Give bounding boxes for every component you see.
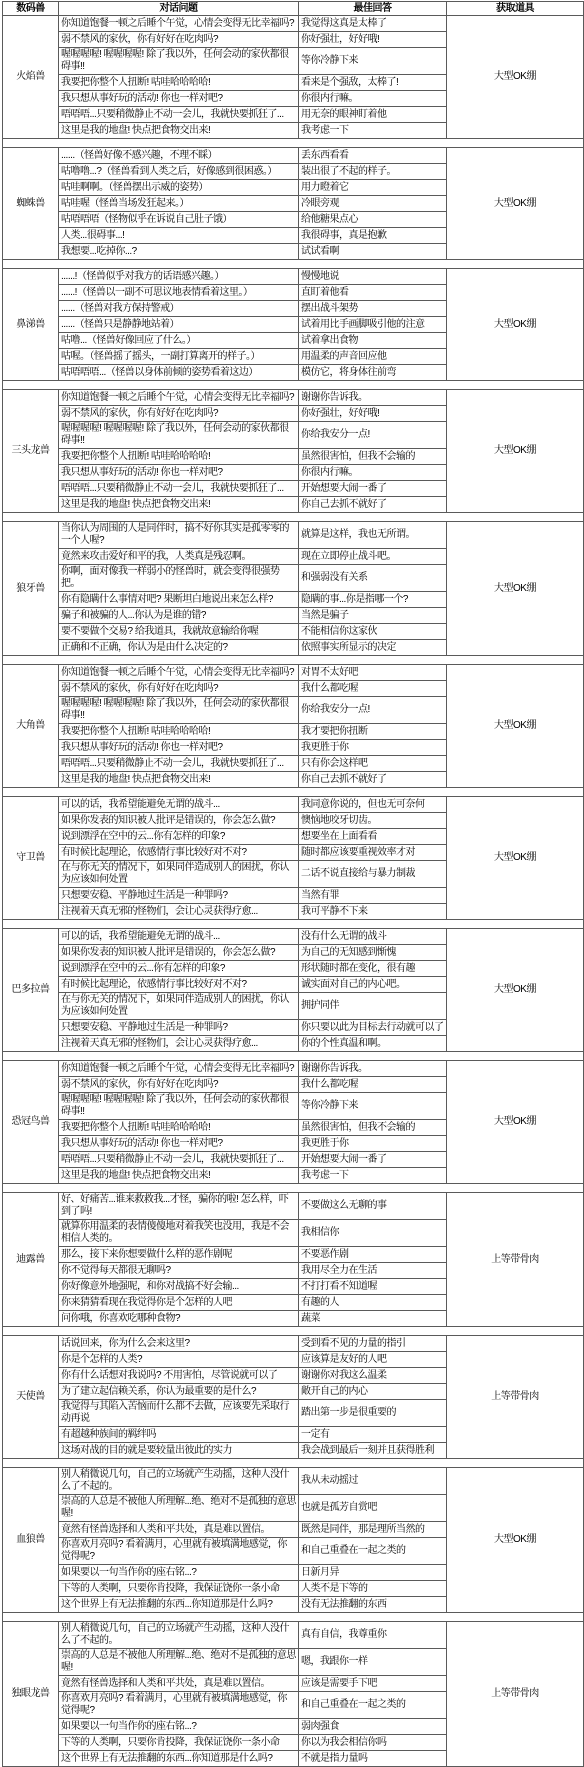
answer-cell: 冷眼旁观 [299,196,447,212]
question-cell: 我要把你整个人扭断! 咕哇哈哈哈哈! [59,1120,299,1136]
answer-cell: 慢慢地说 [299,269,447,285]
item-cell: 大型OK绷 [447,665,584,788]
answer-cell: 直盯着他看 [299,285,447,301]
question-cell: 可以的话，我希望能避免无谓的战斗... [59,797,299,813]
item-cell: 上等带骨肉 [447,1622,584,1767]
item-cell: 大型OK绷 [447,797,584,920]
section-separator [3,381,584,390]
column-header-digimon: 数码兽 [3,2,59,16]
answer-cell: 想要坐在上面看看 [299,829,447,845]
question-cell: 有时候比起理论，依感情行事比较好对不对? [59,977,299,993]
answer-cell: 我用尽全力在生活 [299,1263,447,1279]
question-cell: 喔喔喔喔! 喔喔喔喔! 除了我以外，任何会动的家伙都很碍事!! [59,1093,299,1120]
item-cell: 大型OK绷 [447,929,584,1052]
answer-cell: 你只要以此为目标去行动就可以了 [299,1020,447,1036]
question-cell: 要不要做个交易? 给我道具，我就故意输给你喔 [59,624,299,640]
answer-cell: 懊恼地咬牙切齿。 [299,813,447,829]
dialogue-row: 守卫兽可以的话，我希望能避免无谓的战斗...我同意你说的，但也无可奈何大型OK绷 [3,797,584,813]
digimon-name-cell: 火焰兽 [3,16,59,139]
answer-cell: 我考虑一下 [299,123,447,139]
answer-cell: 我很碍事，真是抱歉 [299,228,447,244]
question-cell: ......!（怪兽似乎对我方的话语感兴趣。） [59,269,299,285]
question-cell: 在与你无关的情况下，如果同伴造成别人的困扰，你认为应该如何处置 [59,993,299,1020]
answer-cell: 二话不说直接给与暴力制裁 [299,861,447,888]
section-separator-cell [3,1327,584,1336]
section-separator [3,1327,584,1336]
question-cell: 我只想从事好玩的活动! 你也一样对吧? [59,740,299,756]
answer-cell: 我从未动摇过 [299,1468,447,1495]
answer-cell: 当然有罪 [299,888,447,904]
question-cell: 正确和不正确，你认为是由什么决定的? [59,640,299,656]
section-separator-cell [3,1613,584,1622]
answer-cell: 我相信你 [299,1220,447,1247]
question-cell: 弱不禁风的家伙，你有好好在吃肉吗? [59,681,299,697]
question-cell: 话说回来，你为什么会来这里? [59,1336,299,1352]
answer-cell: 和强弱没有关系 [299,565,447,592]
answer-cell: 拥护同伴 [299,993,447,1020]
answer-cell: 嗯，我跟你一样 [299,1649,447,1676]
answer-cell: 也就是孤芳自赏吧 [299,1495,447,1522]
question-cell: 我要把你整个人扭断! 咕哇哈哈哈哈! [59,75,299,91]
answer-cell: 你很内行嘛。 [299,91,447,107]
answer-cell: 虽然很害怕，但我不会输的 [299,449,447,465]
digimon-name-cell: 三头龙兽 [3,390,59,513]
dialogue-row: 三头龙兽你知道饱餐一顿之后睡个午觉，心情会变得无比幸福吗?谢谢你告诉我。大型OK… [3,390,584,406]
question-cell: 你知道饱餐一顿之后睡个午觉，心情会变得无比幸福吗? [59,390,299,406]
dialogue-row: 大角兽你知道饱餐一顿之后睡个午觉，心情会变得无比幸福吗?对胃不太好吧大型OK绷 [3,665,584,681]
question-cell: 竟然来攻击爱好和平的我，人类真是残忍啊。 [59,549,299,565]
question-cell: 我要把你整个人扭断! 咕哇哈哈哈哈! [59,449,299,465]
item-cell: 大型OK绷 [447,1468,584,1613]
question-cell: 这个世界上有无法推翻的东西...你知道那是什么吗? [59,1751,299,1767]
question-cell: 咕哇啊啊。（怪兽摆出示威的姿势） [59,180,299,196]
question-cell: 注视着天真无邪的怪物们，会让心灵获得疗愈... [59,1036,299,1052]
digimon-name-cell: 巴多拉兽 [3,929,59,1052]
question-cell: ......!（怪兽以一副不可思议地表情看着这里。） [59,285,299,301]
answer-cell: 试试看啊 [299,244,447,260]
question-cell: ......（怪兽只是静静地站着） [59,317,299,333]
answer-cell: 我可平静不下来 [299,904,447,920]
answer-cell: 不能相信你这家伙 [299,624,447,640]
answer-cell: 你很内行嘛。 [299,465,447,481]
answer-cell: 既然是同伴，那是理所当然的 [299,1522,447,1538]
question-cell: 我想要...吃掉你...? [59,244,299,260]
question-cell: 可以的话，我希望能避免无谓的战斗... [59,929,299,945]
section-separator [3,1613,584,1622]
question-cell: 当你认为周围的人是同伴时，搞不好你其实是孤零零的一个人喔? [59,522,299,549]
answer-cell: 不打打看不知道喔 [299,1279,447,1295]
question-cell: 你来猜猜看现在我觉得你是个怎样的人吧 [59,1295,299,1311]
digimon-name-cell: 鼻涕兽 [3,269,59,381]
question-cell: 弱不禁风的家伙，你有好好在吃肉吗? [59,32,299,48]
answer-cell: 用温柔的声音回应他 [299,349,447,365]
dialogue-row: 天使兽话说回来，你为什么会来这里?受到看不见的力量的指引上等带骨肉 [3,1336,584,1352]
answer-cell: 谢谢你告诉我。 [299,1061,447,1077]
digimon-name-cell: 独眼龙兽 [3,1622,59,1767]
question-cell: 如果你发表的知识被人批评是错误的，你会怎么做? [59,945,299,961]
answer-cell: 谢谢你对我这么温柔 [299,1368,447,1384]
dialogue-row: 火焰兽你知道饱餐一顿之后睡个午觉，心情会变得无比幸福吗?我觉得这真是太棒了大型O… [3,16,584,32]
dialogue-row: 血狼兽别人稍微说几句，自己的立场就产生动摇，这种人没什么了不起的。我从未动摇过大… [3,1468,584,1495]
answer-cell: 我更胜于你 [299,1136,447,1152]
dialogue-row: 鼻涕兽......!（怪兽似乎对我方的话语感兴趣。）慢慢地说大型OK绷 [3,269,584,285]
answer-cell: 和自己重叠在一起之类的 [299,1692,447,1719]
section-separator [3,1052,584,1061]
question-cell: 你好像意外地强呢，和你对战搞不好会输... [59,1279,299,1295]
answer-cell: 为自己的无知感到惭愧 [299,945,447,961]
answer-cell: 你自己去抓不就好了 [299,497,447,513]
question-cell: 咕噜噜...?（怪兽看到人类之后，好像感到很困惑。） [59,164,299,180]
question-cell: 我只想从事好玩的活动! 你也一样对吧? [59,1136,299,1152]
answer-cell: 试着用比手画脚吸引他的注意 [299,317,447,333]
section-separator-cell [3,788,584,797]
answer-cell: 你自己去抓不就好了 [299,772,447,788]
digimon-dialogue-table: 数码兽 对话问题 最佳回答 获取道具 火焰兽你知道饱餐一顿之后睡个午觉，心情会变… [2,1,584,1767]
question-cell: 注视着天真无邪的怪物们，会让心灵获得疗愈... [59,904,299,920]
answer-cell: 应该是需要手下吧 [299,1676,447,1692]
section-separator-cell [3,260,584,269]
answer-cell: 诚实面对自己的内心吧。 [299,977,447,993]
answer-cell: 没有什么无谓的战斗 [299,929,447,945]
question-cell: 这里是我的地盘! 快点把食物交出来! [59,123,299,139]
dialogue-row: 蜘蛛兽......（怪兽好像不感兴趣，不理不睬）丢东西看看大型OK绷 [3,148,584,164]
answer-cell: 依照事实所显示的决定 [299,640,447,656]
digimon-name-cell: 天使兽 [3,1336,59,1459]
question-cell: 崇高的人总是不被他人所理解...绝、绝对不是孤独的意思喔! [59,1649,299,1676]
answer-cell: 就算是这样，我也无所谓。 [299,522,447,549]
answer-cell: 蔬菜 [299,1311,447,1327]
answer-cell: 模仿它，将身体往前弯 [299,365,447,381]
answer-cell: 真有自信，我尊重你 [299,1622,447,1649]
answer-cell: 没有无法推翻的东西 [299,1597,447,1613]
question-cell: 说到漂浮在空中的云...你有怎样的印象? [59,829,299,845]
answer-cell: 给他糖果点心 [299,212,447,228]
digimon-name-cell: 狼牙兽 [3,522,59,656]
section-separator-cell [3,656,584,665]
question-cell: 喔喔喔喔! 喔喔喔喔! 除了我以外，任何会动的家伙都很碍事!! [59,697,299,724]
section-separator [3,1184,584,1193]
answer-cell: 我什么都吃喔 [299,1077,447,1093]
answer-cell: 用力瞪着它 [299,180,447,196]
answer-cell: 受到看不见的力量的指引 [299,1336,447,1352]
question-cell: 我要把你整个人扭断! 咕哇哈哈哈哈! [59,724,299,740]
question-cell: 你啊，面对像我一样弱小的怪兽时，就会变得很强势把。 [59,565,299,592]
section-separator-cell [3,381,584,390]
question-cell: 如果要以一句当作你的座右铭...? [59,1565,299,1581]
question-cell: 喔喔喔喔! 喔喔喔喔! 除了我以外，任何会动的家伙都很碍事!! [59,422,299,449]
answer-cell: 弱肉强食 [299,1719,447,1735]
answer-cell: 你给我安分一点! [299,697,447,724]
section-separator-cell [3,920,584,929]
digimon-name-cell: 迪露兽 [3,1193,59,1327]
question-cell: 咕哇喔（怪兽当场发狂起来。） [59,196,299,212]
answer-cell: 开始想要大闹一番了 [299,1152,447,1168]
dialogue-row: 巴多拉兽可以的话，我希望能避免无谓的战斗...没有什么无谓的战斗大型OK绷 [3,929,584,945]
answer-cell: 虽然很害怕，但我不会输的 [299,1120,447,1136]
answer-cell: 试着拿出食物 [299,333,447,349]
answer-cell: 我会战到最后一刻并且获得胜利 [299,1443,447,1459]
question-cell: 喔喔喔喔! 喔喔喔喔! 除了我以外，任何会动的家伙都很碍事!! [59,48,299,75]
answer-cell: 谢谢你告诉我。 [299,390,447,406]
item-cell: 上等带骨肉 [447,1336,584,1459]
question-cell: 唔唔唔...只要稍微静止不动一会儿，我就快要抓狂了... [59,481,299,497]
answer-cell: 有趣的人 [299,1295,447,1311]
question-cell: 骗子和被骗的人...你认为是谁的错? [59,608,299,624]
column-header-item: 获取道具 [447,2,584,16]
item-cell: 大型OK绷 [447,390,584,513]
answer-cell: 你以为我会相信你吗 [299,1735,447,1751]
question-cell: ......（怪兽好像不感兴趣，不理不睬） [59,148,299,164]
answer-cell: 你给我安分一点! [299,422,447,449]
answer-cell: 你的个性真温和啊。 [299,1036,447,1052]
answer-cell: 我同意你说的，但也无可奈何 [299,797,447,813]
question-cell: 只想要安稳、平静地过生活是一种罪吗? [59,1020,299,1036]
question-cell: 下等的人类啊，只要你肯投降，我保证饶你一条小命 [59,1581,299,1597]
question-cell: 就算你用温柔的表情傻傻地对着我笑也没用，我是不会相信人类的。 [59,1220,299,1247]
question-cell: 如果你发表的知识被人批评是错误的，你会怎么做? [59,813,299,829]
question-cell: 这场对战的目的就是要较量出彼此的实力 [59,1443,299,1459]
answer-cell: 你好强壮，好好哦! [299,32,447,48]
section-separator [3,788,584,797]
question-cell: 唔唔唔...只要稍微静止不动一会儿，我就快要抓狂了... [59,756,299,772]
question-cell: 咕喔。（怪兽摇了摇头，一副打算离开的样子。） [59,349,299,365]
item-cell: 大型OK绷 [447,1061,584,1184]
dialogue-row: 独眼龙兽别人稍微说几句，自己的立场就产生动摇，这种人没什么了不起的。真有自信，我… [3,1622,584,1649]
answer-cell: 踏出第一步是很重要的 [299,1400,447,1427]
question-cell: 你知道饱餐一顿之后睡个午觉，心情会变得无比幸福吗? [59,1061,299,1077]
answer-cell: 日新月异 [299,1565,447,1581]
item-cell: 大型OK绷 [447,522,584,656]
digimon-name-cell: 血狼兽 [3,1468,59,1613]
answer-cell: 一定有 [299,1427,447,1443]
column-header-question: 对话问题 [59,2,299,16]
question-cell: 下等的人类啊，只要你肯投降，我保证饶你一条小命 [59,1735,299,1751]
question-cell: 这里是我的地盘! 快点把食物交出来! [59,772,299,788]
question-cell: 只想要安稳、平静地过生活是一种罪吗? [59,888,299,904]
question-cell: 这个世界上有无法推翻的东西...你知道那是什么吗? [59,1597,299,1613]
table-header: 数码兽 对话问题 最佳回答 获取道具 [3,2,584,16]
header-row: 数码兽 对话问题 最佳回答 获取道具 [3,2,584,16]
question-cell: 你有隐瞒什么事情对吧? 果断坦白地说出来怎么样? [59,592,299,608]
answer-cell: 不要恶作剧 [299,1247,447,1263]
column-header-best-answer: 最佳回答 [299,2,447,16]
question-cell: 你是个怎样的人类? [59,1352,299,1368]
question-cell: 你喜欢月亮吗? 看着满月，心里就有被填满地感觉，你觉得呢? [59,1538,299,1565]
item-cell: 大型OK绷 [447,16,584,139]
answer-cell: 不要做这么无聊的事 [299,1193,447,1220]
question-cell: 你喜欢月亮吗? 看着满月，心里就有被填满地感觉，你觉得呢? [59,1692,299,1719]
question-cell: 唔唔唔...只要稍微静止不动一会儿，我就快要抓狂了... [59,107,299,123]
dialogue-row: 迪露兽好、好痛苦...谁来救救我...才怪，骗你的啦! 怎么样，吓到了吗!不要做… [3,1193,584,1220]
section-separator [3,513,584,522]
answer-cell: 等你冷静下来 [299,48,447,75]
question-cell: 咕唔唔唔（怪物似乎在诉说自己肚子饿） [59,212,299,228]
answer-cell: 我觉得这真是太棒了 [299,16,447,32]
dialogue-row: 恐冠鸟兽你知道饱餐一顿之后睡个午觉，心情会变得无比幸福吗?谢谢你告诉我。大型OK… [3,1061,584,1077]
question-cell: 如果要以一句当作你的座右铭...? [59,1719,299,1735]
answer-cell: 应该算是友好的人吧 [299,1352,447,1368]
answer-cell: 我更胜于你 [299,740,447,756]
answer-cell: 摆出战斗架势 [299,301,447,317]
section-separator-cell [3,513,584,522]
section-separator [3,656,584,665]
answer-cell: 我什么都吃喔 [299,681,447,697]
section-separator-cell [3,1184,584,1193]
answer-cell: 我才要把你扭断 [299,724,447,740]
question-cell: 有超越种族间的羁绊吗 [59,1427,299,1443]
answer-cell: 等你冷静下来 [299,1093,447,1120]
answer-cell: 只有你会这样吧 [299,756,447,772]
section-separator [3,260,584,269]
question-cell: 你不觉得每天都很无聊吗? [59,1263,299,1279]
answer-cell: 我考虑一下 [299,1168,447,1184]
digimon-name-cell: 恐冠鸟兽 [3,1061,59,1184]
answer-cell: 敞开自己的内心 [299,1384,447,1400]
section-separator [3,920,584,929]
digimon-name-cell: 蜘蛛兽 [3,148,59,260]
table-body: 火焰兽你知道饱餐一顿之后睡个午觉，心情会变得无比幸福吗?我觉得这真是太棒了大型O… [3,16,584,1767]
question-cell: 竟然有怪兽选择和人类和平共处，真是难以置信。 [59,1676,299,1692]
answer-cell: 你好强壮，好好哦! [299,406,447,422]
question-cell: 弱不禁风的家伙，你有好好在吃肉吗? [59,1077,299,1093]
answer-cell: 隐瞒的事...你是指哪一个? [299,592,447,608]
answer-cell: 形状随时都在变化，很有趣 [299,961,447,977]
question-cell: 你有什么话想对我说吗? 不用害怕，尽管说就可以了 [59,1368,299,1384]
question-cell: ......（怪兽对我方保持警戒） [59,301,299,317]
question-cell: 别人稍微说几句，自己的立场就产生动摇，这种人没什么了不起的。 [59,1468,299,1495]
question-cell: 唔唔唔...只要稍微静止不动一会儿，我就快要抓狂了... [59,1152,299,1168]
answer-cell: 用无奈的眼神盯着他 [299,107,447,123]
question-cell: 竟然有怪兽选择和人类和平共处，真是难以置信。 [59,1522,299,1538]
question-cell: 人类...很碍事...! [59,228,299,244]
question-cell: 问你哦，你喜欢吃哪种食物? [59,1311,299,1327]
dialogue-row: 狼牙兽当你认为周围的人是同伴时，搞不好你其实是孤零零的一个人喔?就算是这样，我也… [3,522,584,549]
section-separator-cell [3,139,584,148]
question-cell: 这里是我的地盘! 快点把食物交出来! [59,1168,299,1184]
question-cell: 你知道饱餐一顿之后睡个午觉，心情会变得无比幸福吗? [59,16,299,32]
question-cell: 有时候比起理论，依感情行事比较好对不对? [59,845,299,861]
question-cell: 这里是我的地盘! 快点把食物交出来! [59,497,299,513]
section-separator [3,139,584,148]
section-separator [3,1459,584,1468]
question-cell: 咕噜...（怪兽好像回应了什么。） [59,333,299,349]
question-cell: 那么，接下来你想要做什么样的恶作剧呢 [59,1247,299,1263]
question-cell: 好、好痛苦...谁来救救我...才怪，骗你的啦! 怎么样，吓到了吗! [59,1193,299,1220]
question-cell: 弱不禁风的家伙，你有好好在吃肉吗? [59,406,299,422]
answer-cell: 丢东西看看 [299,148,447,164]
item-cell: 大型OK绷 [447,269,584,381]
question-cell: 在与你无关的情况下，如果同伴造成别人的困扰，你认为应该如何处置 [59,861,299,888]
question-cell: 说到漂浮在空中的云...你有怎样的印象? [59,961,299,977]
answer-cell: 现在立即停止战斗吧。 [299,549,447,565]
answer-cell: 看来是个强敌，太棒了! [299,75,447,91]
question-cell: 别人稍微说几句，自己的立场就产生动摇，这种人没什么了不起的。 [59,1622,299,1649]
answer-cell: 随时都应该要重视效率才对 [299,845,447,861]
digimon-name-cell: 守卫兽 [3,797,59,920]
section-separator-cell [3,1052,584,1061]
question-cell: 我只想从事好玩的活动! 你也一样对吧? [59,465,299,481]
answer-cell: 装出很了不起的样子。 [299,164,447,180]
answer-cell: 开始想要大闹一番了 [299,481,447,497]
question-cell: 崇高的人总是不被他人所理解...绝、绝对不是孤独的意思喔! [59,1495,299,1522]
question-cell: 我觉得与其陷入苦恼而什么都不去做，应该要先采取行动再说 [59,1400,299,1427]
question-cell: 咕唔唔唔...（怪兽以身体前倾的姿势看着这边） [59,365,299,381]
digimon-name-cell: 大角兽 [3,665,59,788]
section-separator-cell [3,1459,584,1468]
question-cell: 为了建立起信赖关系，你认为最重要的是什么? [59,1384,299,1400]
item-cell: 大型OK绷 [447,148,584,260]
question-cell: 你知道饱餐一顿之后睡个午觉，心情会变得无比幸福吗? [59,665,299,681]
answer-cell: 人类不是下等的 [299,1581,447,1597]
answer-cell: 不就是指力量吗 [299,1751,447,1767]
answer-cell: 当然是骗子 [299,608,447,624]
answer-cell: 对胃不太好吧 [299,665,447,681]
question-cell: 我只想从事好玩的活动! 你也一样对吧? [59,91,299,107]
answer-cell: 和自己重叠在一起之类的 [299,1538,447,1565]
item-cell: 上等带骨肉 [447,1193,584,1327]
